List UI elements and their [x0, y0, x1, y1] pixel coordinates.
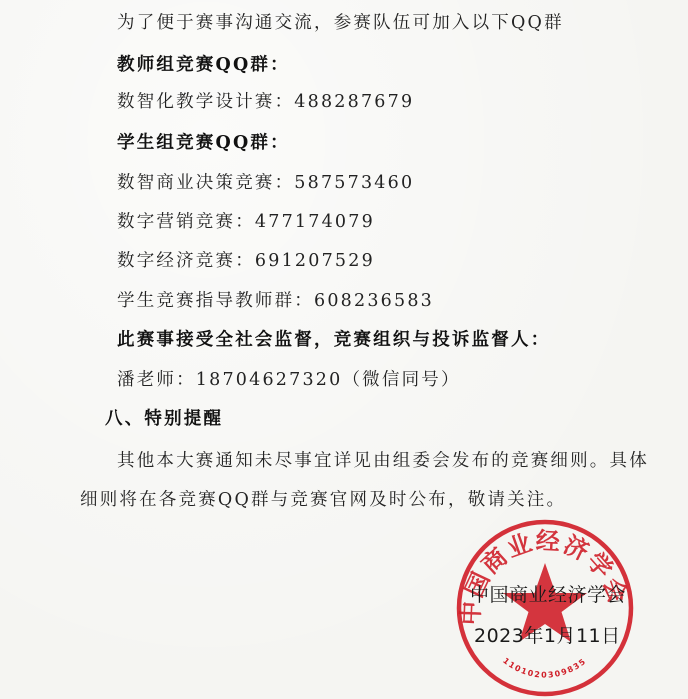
student-group-heading: 学生组竞赛QQ群： [117, 132, 290, 154]
supervision-heading: 此赛事接受全社会监督，竞赛组织与投诉监督人： [117, 329, 550, 351]
section-8-paragraph-line1: 其他本大赛通知未尽事宜详见由组委会发布的竞赛细则。具体 [117, 450, 649, 472]
intro-text: 为了便于赛事沟通交流，参赛队伍可加入以下QQ群 [117, 12, 564, 34]
svg-text:1101020309835: 1101020309835 [501, 656, 588, 680]
student-group-item: 数智商业决策竞赛：587573460 [117, 172, 414, 194]
document-page: 为了便于赛事沟通交流，参赛队伍可加入以下QQ群 教师组竞赛QQ群： 数智化教学设… [0, 0, 688, 699]
section-8-paragraph-line2: 细则将在各竞赛QQ群与竞赛官网及时公布，敬请关注。 [80, 489, 566, 511]
teacher-group-item: 数智化教学设计赛：488287679 [117, 91, 414, 113]
teacher-group-heading: 教师组竞赛QQ群： [117, 54, 290, 76]
supervisor-contact: 潘老师：18704627320（微信同号） [117, 369, 461, 391]
student-group-item: 数字营销竞赛：477174079 [117, 211, 375, 233]
official-seal-icon: 中国商业经济学会 1101020309835 [452, 515, 638, 699]
section-8-heading: 八、特别提醒 [105, 408, 223, 430]
student-group-item: 学生竞赛指导教师群：608236583 [117, 290, 434, 312]
signature-organization: 中国商业经济学会 [470, 580, 626, 607]
signature-date: 2023年1月11日 [474, 621, 621, 648]
student-group-item: 数字经济竞赛：691207529 [117, 250, 375, 272]
